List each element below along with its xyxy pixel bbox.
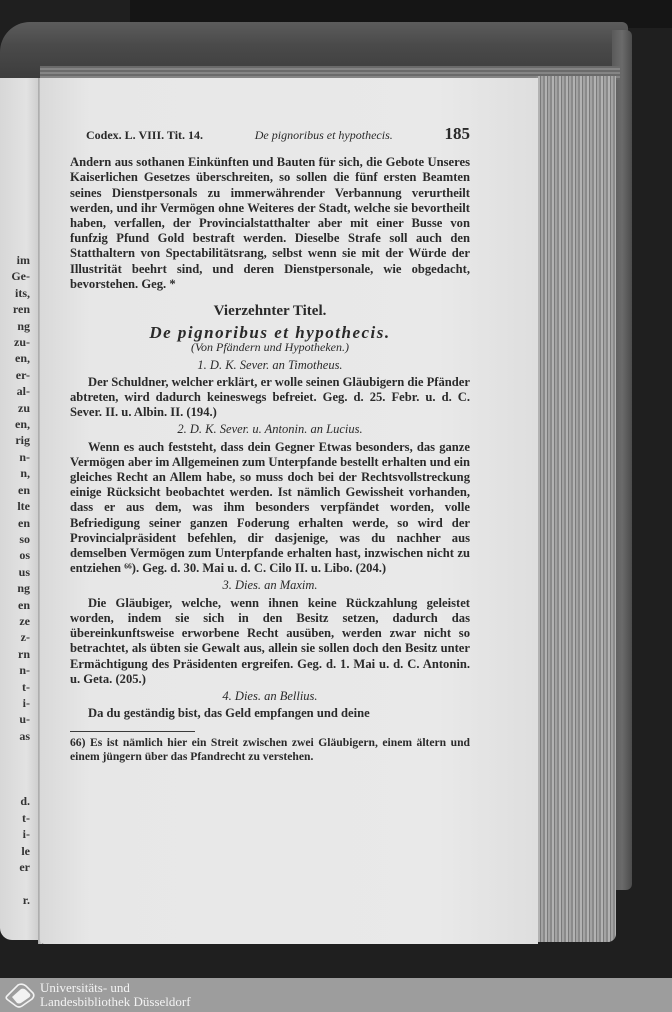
left-page-fragment: lte (0, 498, 30, 514)
section-heading: 3. Dies. an Maxim. (70, 578, 470, 593)
left-page-fragment: zu- (0, 334, 30, 350)
left-page-fragment: so (0, 531, 30, 547)
left-page-fragment: le (0, 843, 30, 859)
left-page-fragment: al- (0, 383, 30, 399)
library-name-line1: Universitäts- und (40, 981, 191, 995)
left-page-fragment: zu (0, 400, 30, 416)
page-stack-edges (536, 76, 616, 942)
left-page-fragment: i- (0, 695, 30, 711)
running-head-title: De pignoribus et hypothecis. (255, 128, 393, 143)
left-page-fragment: u- (0, 711, 30, 727)
section-text: Die Gläubiger, welche, wenn ihnen keine … (70, 596, 470, 687)
left-page-fragment: os (0, 547, 30, 563)
footnote-rule (70, 731, 195, 732)
left-page-fragment: en (0, 515, 30, 531)
scan-viewer: imGe-its,renngzu-en,er-al-zuen,rign-n,en… (0, 0, 672, 978)
running-head-left: Codex. L. VIII. Tit. 14. (86, 128, 203, 143)
left-page-fragment: n- (0, 662, 30, 678)
left-page-fragment: er- (0, 367, 30, 383)
latin-title: De pignoribus et hypothecis. (70, 325, 470, 340)
left-page-fragment: en, (0, 350, 30, 366)
left-page-fragment: n, (0, 465, 30, 481)
left-page-fragment: z- (0, 629, 30, 645)
left-page-fragment: i- (0, 826, 30, 842)
german-subtitle: (Von Pfändern und Hypotheken.) (70, 340, 470, 355)
left-page-fragment: im (0, 252, 30, 268)
page-number: 185 (444, 126, 470, 141)
left-page-fragment: ng (0, 580, 30, 596)
left-page-fragment: rn (0, 646, 30, 662)
left-page-fragment: its, (0, 285, 30, 301)
left-page-fragment: r. (0, 892, 30, 908)
left-page-fragment: ren (0, 301, 30, 317)
section-heading: 1. D. K. Sever. an Timotheus. (70, 358, 470, 373)
left-page-fragment: ng (0, 318, 30, 334)
title-number-heading: Vierzehnter Titel. (70, 304, 470, 319)
left-page-fragment: rig (0, 432, 30, 448)
section-heading: 2. D. K. Sever. u. Antonin. an Lucius. (70, 422, 470, 437)
left-page-fragment (0, 777, 30, 793)
right-page: Codex. L. VIII. Tit. 14. De pignoribus e… (40, 78, 538, 944)
section-text: Der Schuldner, welcher erklärt, er wolle… (70, 375, 470, 421)
library-name-line2: Landesbibliothek Düsseldorf (40, 995, 191, 1009)
left-page-fragment (0, 744, 30, 760)
section-heading: 4. Dies. an Bellius. (70, 689, 470, 704)
left-page-fragment: Ge- (0, 268, 30, 284)
left-page-fragment: d. (0, 793, 30, 809)
left-page-fragment: n- (0, 449, 30, 465)
left-page-fragment: us (0, 564, 30, 580)
left-page-fragment: en, (0, 416, 30, 432)
left-page-fragment: ze (0, 613, 30, 629)
left-page-fragment: er (0, 859, 30, 875)
left-page-fragment: en (0, 482, 30, 498)
left-page-fragment: t- (0, 810, 30, 826)
running-head: Codex. L. VIII. Tit. 14. De pignoribus e… (86, 126, 470, 143)
section-text: Da du geständig bist, das Geld empfangen… (70, 706, 470, 721)
left-page-fragment: en (0, 597, 30, 613)
body-text: Andern aus sothanen Einkünften und Baute… (70, 155, 470, 763)
book-logo-icon (4, 982, 36, 1008)
left-page-fragment: t- (0, 679, 30, 695)
intro-paragraph: Andern aus sothanen Einkünften und Baute… (70, 155, 470, 292)
footer-bar: Universitäts- und Landesbibliothek Düsse… (0, 978, 672, 1012)
library-name: Universitäts- und Landesbibliothek Düsse… (40, 981, 191, 1009)
page-content: Codex. L. VIII. Tit. 14. De pignoribus e… (70, 126, 470, 763)
left-page-fragment (0, 761, 30, 777)
left-page-fragment (0, 875, 30, 891)
left-page-fragment: as (0, 728, 30, 744)
section-text: Wenn es auch feststeht, dass dein Gegner… (70, 440, 470, 577)
footnote: 66) Es ist nämlich hier ein Streit zwisc… (70, 736, 470, 763)
left-page-text-fragments: imGe-its,renngzu-en,er-al-zuen,rign-n,en… (0, 252, 30, 908)
